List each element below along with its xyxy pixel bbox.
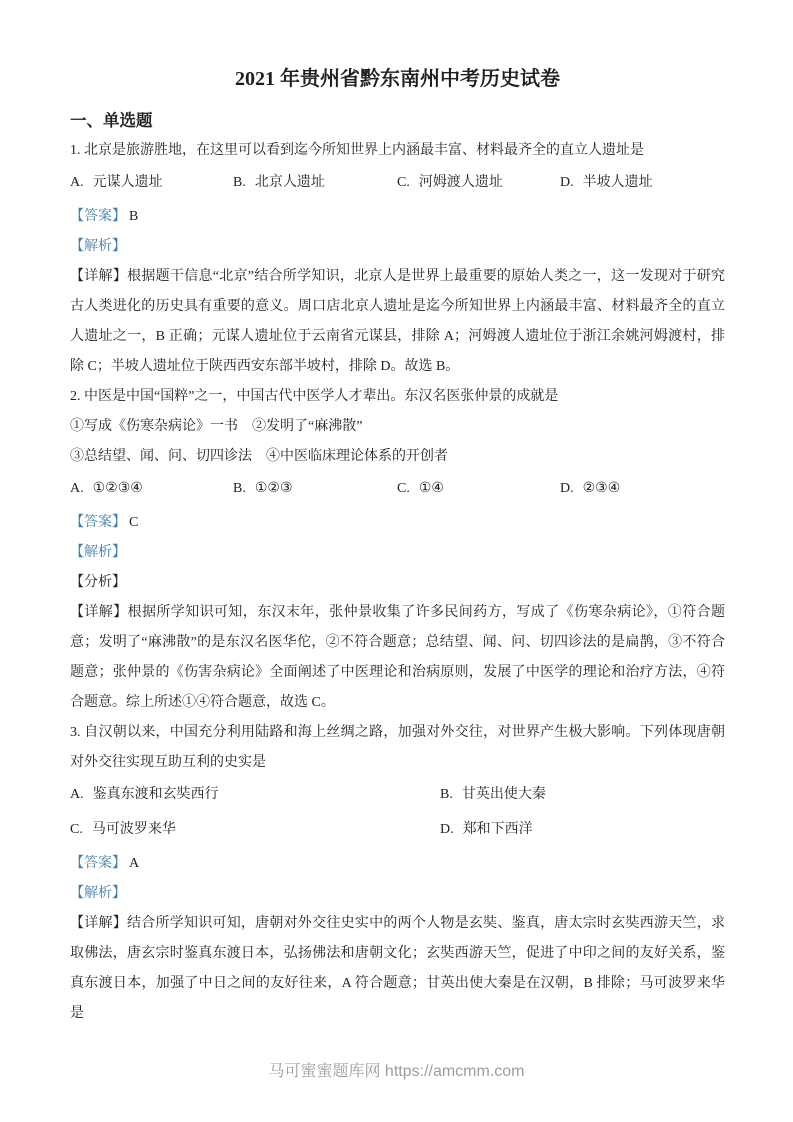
question-1-detail: 【详解】根据题干信息“北京”结合所学知识，北京人是世界上最重要的原始人类之一，这… — [70, 262, 725, 382]
question-2-stem: 2. 中医是中国“国粹”之一，中国古代中医学人才辈出。东汉名医张仲景的成就是 — [70, 382, 725, 412]
question-1-jiexi-line: 【解析】 — [70, 232, 725, 262]
page-title: 2021 年贵州省黔东南州中考历史试卷 — [70, 64, 725, 94]
site-footer: 马可蜜蜜题库网 https://amcmm.com — [0, 1058, 793, 1081]
question-2-answer-value: C — [129, 515, 138, 530]
question-1-option-c: C.河姆渡人遗址 — [397, 168, 560, 198]
question-1-stem: 1. 北京是旅游胜地，在这里可以看到迄今所知世界上内涵最丰富、材料最齐全的直立人… — [70, 136, 725, 166]
jiexi-label: 【解析】 — [70, 886, 126, 901]
exam-paper-page: 2021 年贵州省黔东南州中考历史试卷 一、单选题 1. 北京是旅游胜地，在这里… — [0, 0, 793, 1029]
question-3: 3. 自汉朝以来，中国充分利用陆路和海上丝绸之路，加强对外交往，对世界产生极大影… — [70, 718, 725, 1029]
question-1-answer-line: 【答案】B — [70, 200, 725, 232]
question-1-option-d: D.半坡人遗址 — [560, 168, 725, 198]
question-3-answer-value: A — [129, 856, 139, 871]
question-2-answer-line: 【答案】C — [70, 506, 725, 538]
section-heading: 一、单选题 — [70, 106, 725, 136]
answer-label: 【答案】 — [70, 209, 126, 224]
question-2-option-d: D.②③④ — [560, 474, 725, 504]
question-2: 2. 中医是中国“国粹”之一，中国古代中医学人才辈出。东汉名医张仲景的成就是 ①… — [70, 382, 725, 718]
question-2-substem-1: ①写成《伤寒杂病论》一书 ②发明了“麻沸散” — [70, 412, 725, 442]
question-3-option-d: D.郑和下西洋 — [440, 815, 725, 845]
question-1-answer-value: B — [129, 209, 138, 224]
question-3-option-a: A.鉴真东渡和玄奘西行 — [70, 780, 440, 810]
answer-label: 【答案】 — [70, 856, 126, 871]
question-2-substem-2: ③总结望、闻、问、切四诊法 ④中医临床理论体系的开创者 — [70, 442, 725, 472]
jiexi-label: 【解析】 — [70, 545, 126, 560]
question-2-option-b: B.①②③ — [233, 474, 397, 504]
question-3-detail: 【详解】结合所学知识可知，唐朝对外交往史实中的两个人物是玄奘、鉴真，唐太宗时玄奘… — [70, 909, 725, 1029]
question-2-options: A.①②③④ B.①②③ C.①④ D.②③④ — [70, 472, 725, 506]
question-2-option-a: A.①②③④ — [70, 474, 233, 504]
question-2-option-c: C.①④ — [397, 474, 560, 504]
question-3-option-b: B.甘英出使大秦 — [440, 780, 725, 810]
question-2-jiexi-line: 【解析】 — [70, 538, 725, 568]
question-2-fenxi-line: 【分析】 — [70, 568, 725, 598]
jiexi-label: 【解析】 — [70, 239, 126, 254]
question-1-option-a: A.元谋人遗址 — [70, 168, 233, 198]
question-3-option-c: C.马可波罗来华 — [70, 815, 440, 845]
question-1: 1. 北京是旅游胜地，在这里可以看到迄今所知世界上内涵最丰富、材料最齐全的直立人… — [70, 136, 725, 382]
question-2-detail: 【详解】根据所学知识可知，东汉末年，张仲景收集了许多民间药方，写成了《伤寒杂病论… — [70, 598, 725, 718]
question-3-jiexi-line: 【解析】 — [70, 879, 725, 909]
question-3-stem: 3. 自汉朝以来，中国充分利用陆路和海上丝绸之路，加强对外交往，对世界产生极大影… — [70, 718, 725, 778]
answer-label: 【答案】 — [70, 515, 126, 530]
question-3-options: A.鉴真东渡和玄奘西行 B.甘英出使大秦 C.马可波罗来华 D.郑和下西洋 — [70, 778, 725, 847]
question-1-options: A.元谋人遗址 B.北京人遗址 C.河姆渡人遗址 D.半坡人遗址 — [70, 166, 725, 200]
question-1-option-b: B.北京人遗址 — [233, 168, 397, 198]
question-3-answer-line: 【答案】A — [70, 847, 725, 879]
fenxi-label: 【分析】 — [70, 575, 126, 590]
